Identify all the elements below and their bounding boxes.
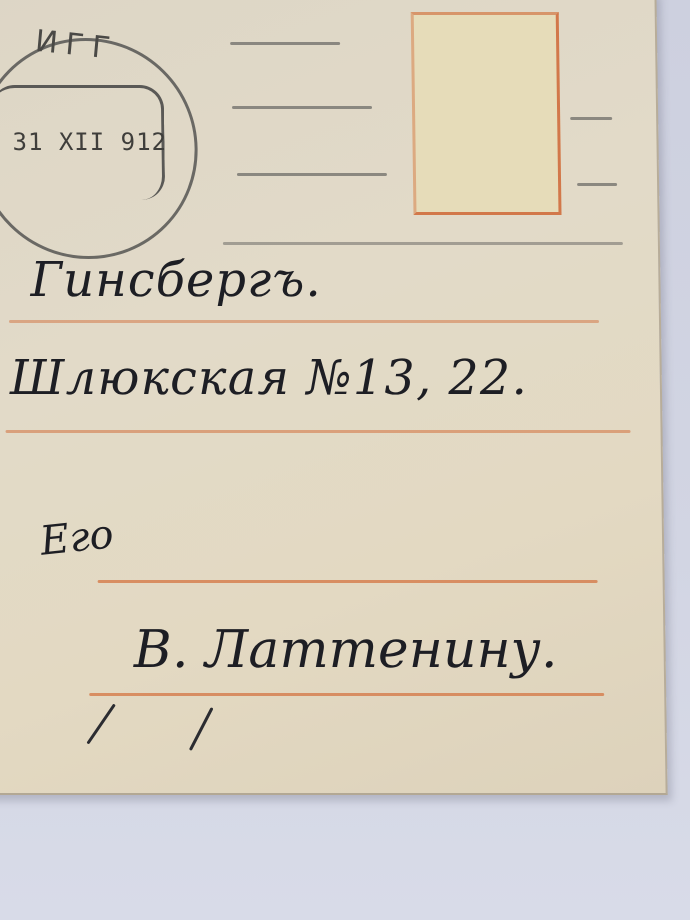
address-line-3: Его bbox=[38, 511, 116, 564]
printed-line bbox=[223, 242, 623, 245]
ruled-line bbox=[89, 693, 604, 696]
ruled-line bbox=[9, 320, 599, 323]
printed-line bbox=[570, 117, 612, 120]
pen-stroke bbox=[86, 703, 115, 744]
printed-line bbox=[232, 106, 372, 109]
ruled-line bbox=[98, 580, 598, 583]
postmark-date: 31 XII 912 bbox=[12, 128, 167, 156]
ruled-line bbox=[6, 430, 631, 433]
address-line-4: В. Латтенину. bbox=[133, 620, 558, 680]
printed-line bbox=[237, 173, 387, 176]
address-line-1: Гинсбергъ. bbox=[30, 252, 322, 308]
stamp-placeholder-box bbox=[411, 12, 562, 215]
address-line-2: Шлюкская №13, 22. bbox=[9, 350, 528, 406]
printed-line bbox=[577, 183, 617, 186]
pen-stroke bbox=[189, 707, 214, 751]
printed-line bbox=[230, 42, 340, 45]
postcard: ИГГ 31 XII 912 Гинсбергъ. Шлюкская №13, … bbox=[0, 0, 668, 795]
